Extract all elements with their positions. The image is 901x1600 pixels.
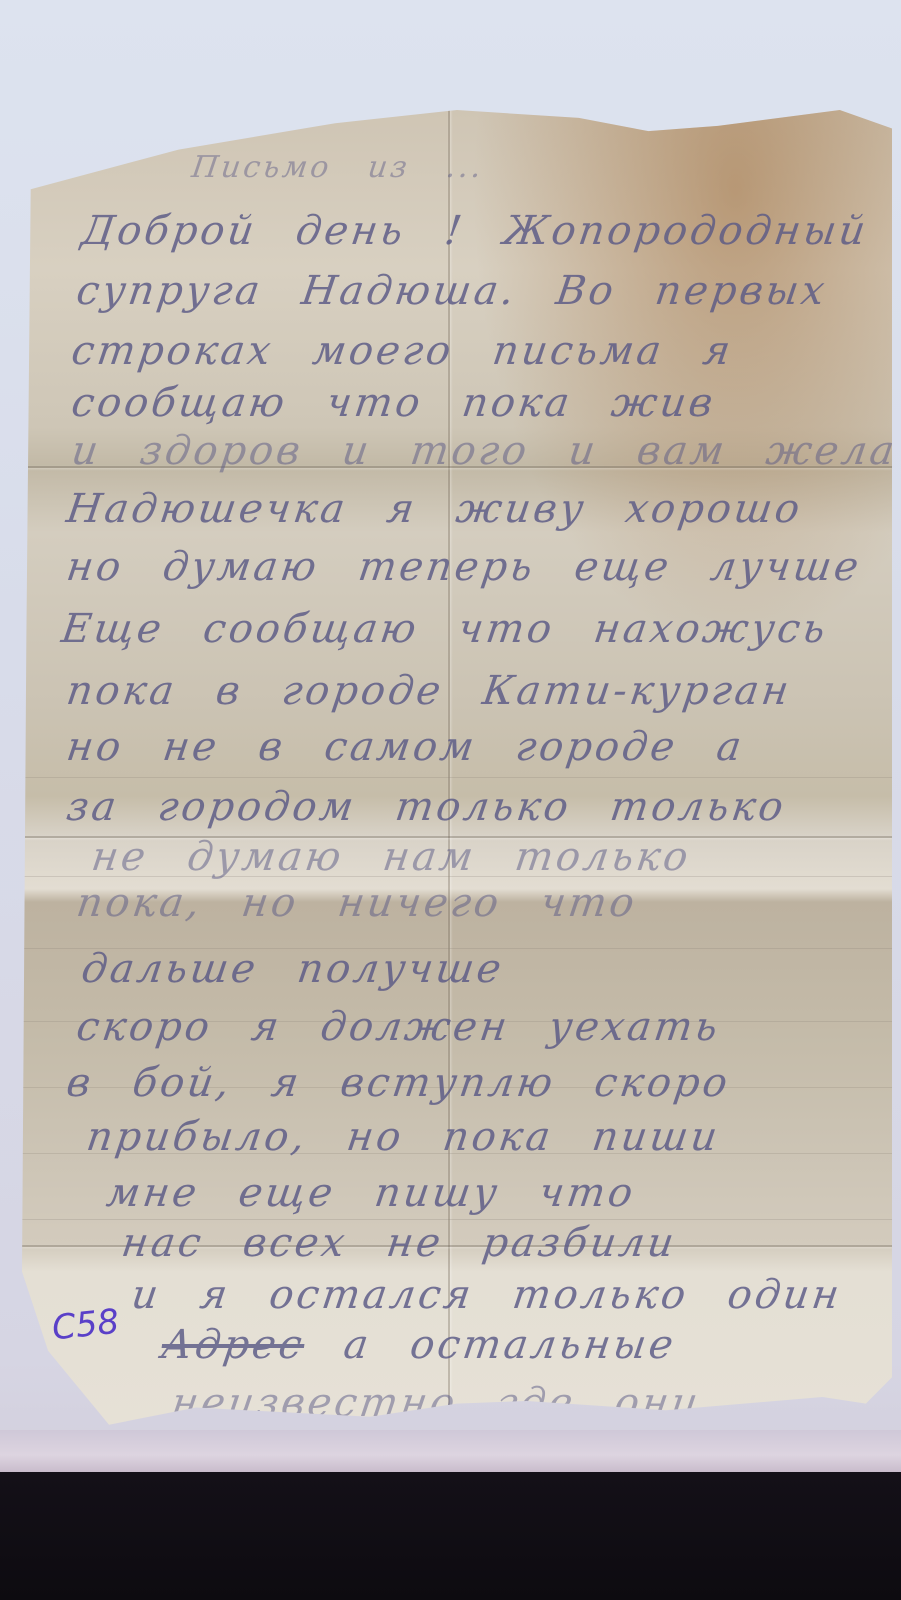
text-line: и я остался только один xyxy=(129,1272,901,1318)
text-line: пока в городе Кати-курган xyxy=(64,668,901,714)
text-line: в бой, я вступлю скоро xyxy=(64,1060,901,1106)
struck-word: Адрес xyxy=(159,1322,308,1368)
text-line: но не в самом городе а xyxy=(64,724,901,770)
text-line: нас всех не разбили xyxy=(119,1220,901,1266)
text-line: строках моего письма я xyxy=(69,328,901,374)
text-line: Адрес а остальные xyxy=(159,1322,901,1368)
text-line: и здоров и того и вам желаю xyxy=(69,428,901,474)
header-line: Письмо из ... xyxy=(190,150,901,185)
text-fragment: а остальные xyxy=(341,1322,679,1368)
text-line: за городом только только xyxy=(64,784,901,830)
text-line: скоро я должен уехать xyxy=(74,1004,901,1050)
text-line: не думаю нам только xyxy=(89,834,901,880)
text-line: прибыло, но пока пиши xyxy=(84,1114,901,1160)
ruled-line xyxy=(22,777,892,778)
letter-sheet: Письмо из ... Доброй день ! Жопорододный… xyxy=(22,110,892,1430)
text-line: Еще сообщаю что нахожусь xyxy=(59,606,901,652)
dark-background xyxy=(0,1472,901,1600)
archive-number: С58 xyxy=(50,1302,121,1349)
window-sill xyxy=(0,1430,901,1472)
text-line: Надюшечка я живу хорошо xyxy=(64,486,901,532)
text-line: дальше получше xyxy=(79,946,901,992)
text-line: пока, но ничего что xyxy=(74,880,901,926)
text-line: супруга Надюша. Во первых xyxy=(74,268,901,314)
text-line: Доброй день ! Жопорододный xyxy=(79,208,901,254)
text-line: неизвестно где они xyxy=(169,1380,901,1426)
text-line: мне еще пишу что xyxy=(104,1170,901,1216)
text-line: сообщаю что пока жив xyxy=(69,380,901,426)
text-line: но думаю теперь еще лучше xyxy=(64,544,901,590)
